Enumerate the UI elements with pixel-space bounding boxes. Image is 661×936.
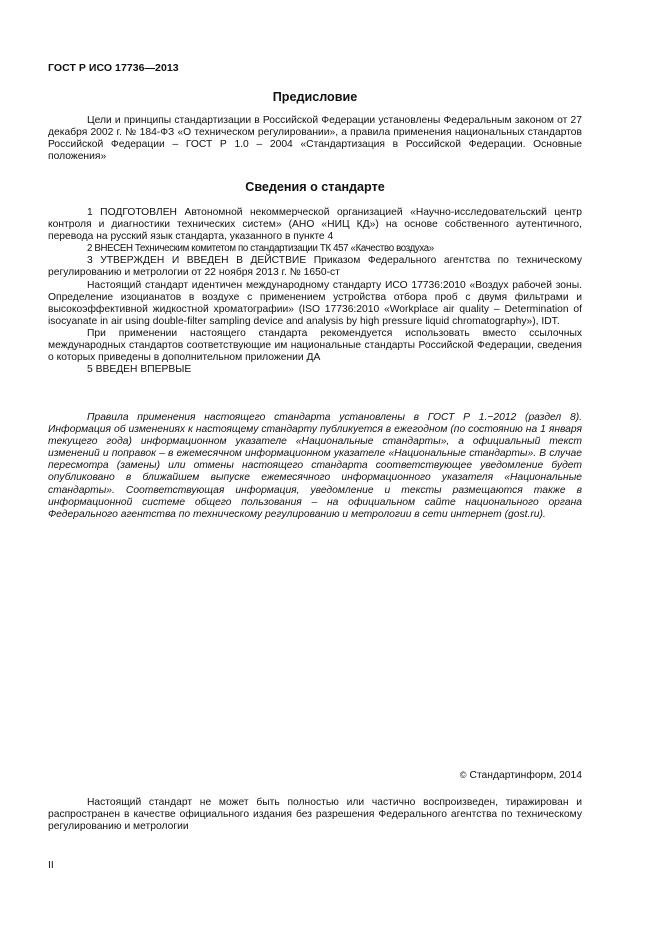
standard-info-item-1: 1 ПОДГОТОВЛЕН Автономной некоммерческой … xyxy=(48,207,582,243)
running-header: ГОСТ Р ИСО 17736—2013 xyxy=(48,62,179,74)
standard-info-item-5: 5 ВВЕДЕН ВПЕРВЫЕ xyxy=(48,364,582,376)
page-number: II xyxy=(48,860,54,871)
standard-info-item-3: 3 УТВЕРЖДЕН И ВВЕДЕН В ДЕЙСТВИЕ Приказом… xyxy=(48,255,582,279)
standard-info-item-2: 2 ВНЕСЕН Техническим комитетом по станда… xyxy=(48,243,582,255)
standard-info-body: 1 ПОДГОТОВЛЕН Автономной некоммерческой … xyxy=(48,207,582,376)
copyright-line: ©Стандартинформ, 2014 xyxy=(48,770,582,781)
preface-body: Цели и принципы стандартизации в Российс… xyxy=(48,115,582,163)
reproduction-notice-text: Настоящий стандарт не может быть полност… xyxy=(48,797,582,833)
standard-info-item-4: Настоящий стандарт идентичен международн… xyxy=(48,280,582,328)
preface-heading: Предисловие xyxy=(48,90,582,104)
amendments-notice-text: Правила применения настоящего стандарта … xyxy=(48,412,582,521)
standard-info-heading: Сведения о стандарте xyxy=(48,180,582,194)
standard-info-item-4-note: При применении настоящего стандарта реко… xyxy=(48,328,582,364)
copyright-text: Стандартинформ, 2014 xyxy=(470,770,582,781)
preface-paragraph: Цели и принципы стандартизации в Российс… xyxy=(48,115,582,163)
amendments-notice: Правила применения настоящего стандарта … xyxy=(48,412,582,521)
copyright-icon: © xyxy=(460,770,467,780)
reproduction-notice: Настоящий стандарт не может быть полност… xyxy=(48,797,582,833)
document-page: ГОСТ Р ИСО 17736—2013 Предисловие Цели и… xyxy=(0,0,661,936)
